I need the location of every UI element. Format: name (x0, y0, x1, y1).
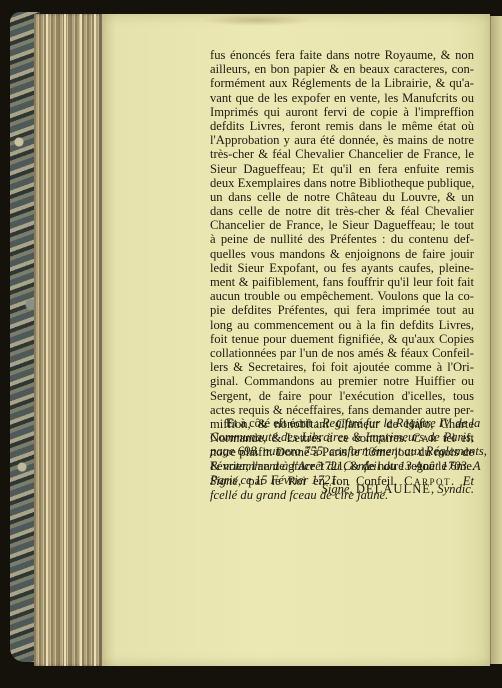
book-page: fus énoncés fera faite dans notre Royaum… (102, 14, 490, 666)
page-edges (34, 14, 102, 666)
text-segment: Et à côté eft écrit : (226, 416, 319, 430)
text-line: foit tenue pour duement fignifiée, & qu'… (210, 332, 474, 346)
signature-name: DELAULNE (356, 482, 431, 496)
text-line: ment & paifiblement, fans fouffrir qu'il… (210, 275, 474, 289)
text-line: formément aux Réglements de la Librairie… (210, 76, 474, 90)
signature-title: Syndic. (437, 482, 474, 496)
text-line: ailleurs, en bon papier & en beaux carac… (210, 62, 474, 76)
facing-page-edge (490, 16, 502, 664)
page-edge-highlight (46, 14, 48, 666)
text-line: page 698. numero 755. conformément aux R… (210, 444, 474, 458)
text-line: très-cher & féal Chevalier Chancelier de… (210, 147, 474, 161)
text-line: quelles vous mandons & enjoignons de fai… (210, 247, 474, 261)
text-line: pie defdites Préfentes, qui fera imprimé… (210, 303, 474, 317)
text-line: aucun trouble ou empêchement. Voulons qu… (210, 289, 474, 303)
text-line: l'Approbation y aura été donnée, ès main… (210, 133, 474, 147)
text-line: defdits Livres, feront remis dans le mêm… (210, 119, 474, 133)
text-line: collationnées par l'un de nos amés & féa… (210, 346, 474, 360)
text-line: vant que de les expofer en vente, les Ma… (210, 91, 474, 105)
text-line: long au commencement ou à la fin defdits… (210, 318, 474, 332)
text-line: un dans celle de notre Château du Louvre… (210, 190, 474, 204)
text-line: deux Exemplaires dans notre Bibliotheque… (210, 176, 474, 190)
page-stain (202, 14, 312, 26)
text-line: dans celle de notre dit très-cher & féal… (210, 204, 474, 218)
text-line: Imprimés qui auront fervi de copie à l'i… (210, 105, 474, 119)
page-edge-highlight (94, 14, 96, 666)
text-line: Sieur Dagueffeau; Et qu'il en fera enfui… (210, 162, 474, 176)
text-line: Chancelier de France, le Sieur Dagueffea… (210, 218, 474, 232)
signature-prefix: Signé (322, 482, 350, 496)
text-line: & notamment à l'Arrêt du Confeil du 13 A… (210, 459, 474, 473)
text-line: à peine de nullité des Préfentes : du co… (210, 232, 474, 246)
text-line: Sergent, de faire pour l'exécution d'ice… (210, 389, 474, 403)
text-line: ginal. Commandons au premier notre Huiff… (210, 374, 474, 388)
text-line: fus énoncés fera faite dans notre Royaum… (210, 48, 474, 62)
signature-line: Signé, DELAULNE, Syndic. (210, 482, 474, 497)
text-line: actes requis & néceffaires, fans demande… (210, 403, 474, 417)
registration-note: Et à côté eft écrit : Regiftré fur le Re… (210, 416, 474, 487)
text-line: ledit Sieur Expofant, ou fes ayants cauf… (210, 261, 474, 275)
text-line: lers & Secretaires, foi foit ajoutée com… (210, 360, 474, 374)
italic-segment: Regiftré fur le Regiftre IV. de la (322, 416, 480, 430)
text-line: Communauté des Libraires & Imprimeurs de… (210, 430, 474, 444)
page-edge-highlight (64, 14, 66, 666)
page-edge-highlight (80, 14, 82, 666)
text-line: Et à côté eft écrit : Regiftré fur le Re… (210, 416, 474, 430)
